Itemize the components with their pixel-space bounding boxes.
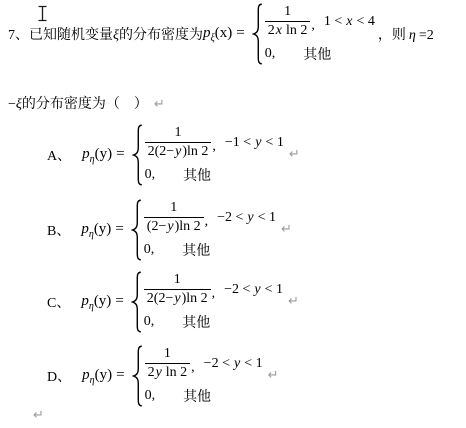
- question-text: 的分布密度为（ ）: [22, 97, 148, 112]
- problem-tail: ，则η=2: [378, 24, 434, 44]
- fraction: 1 2(2−y)ln 2: [144, 272, 211, 308]
- comma: ,: [191, 360, 195, 376]
- option-b: B、 pη(y)= 1 (2−y)ln 2 , −2 <y< 1 ↵ 0,其他: [47, 199, 292, 261]
- zero-value: 0,: [145, 167, 156, 183]
- left-brace-icon: [132, 124, 143, 186]
- problem-statement: 7、已知随机变量ξ的分布密度为 pξ(x)= 1 2xln 2 , 1 <x< …: [8, 3, 434, 65]
- question-line: −ξ的分布密度为（ ）↵: [8, 93, 165, 113]
- equals-sign: =: [116, 146, 124, 162]
- zero-value: 0,: [265, 46, 276, 62]
- option-a: A、 pη(y)= 1 2(2−y)ln 2 , −1 <y< 1 ↵ 0,其他: [47, 124, 300, 186]
- case-row-1: 1 2yln 2 , −2 <y< 1 ↵: [145, 346, 279, 382]
- case-row-2: 0,其他: [144, 312, 299, 332]
- case-row-2: 0,其他: [144, 240, 292, 260]
- problem-text-2: 的分布密度为: [119, 28, 203, 43]
- condition: −2 <y< 1: [204, 356, 263, 372]
- paragraph-mark-icon: ↵: [268, 368, 279, 383]
- denominator: 2(2−y)ln 2: [144, 289, 211, 308]
- function-argument: (x): [215, 25, 233, 41]
- numerator: 1: [162, 346, 173, 363]
- option-d-lhs: pη(y)=: [82, 367, 128, 386]
- equals-sign: =: [236, 25, 244, 41]
- p-symbol: p: [203, 25, 211, 41]
- option-b-lhs: pη(y)=: [81, 221, 127, 240]
- condition: −2 <y< 1: [217, 210, 276, 226]
- otherwise-label: 其他: [182, 312, 210, 332]
- zero-value: 0,: [144, 242, 155, 258]
- left-brace-icon: [131, 199, 142, 261]
- denominator: 2yln 2: [145, 363, 191, 382]
- problem-lead-text: 7、已知随机变量ξ的分布密度为: [8, 24, 203, 44]
- case-row-2: 0,其他: [145, 165, 300, 185]
- condition: 1 <x< 4: [324, 14, 375, 30]
- paragraph-mark-icon: ↵: [33, 408, 44, 423]
- denominator: 2xln 2: [265, 21, 311, 40]
- minus-sign: −: [8, 97, 16, 112]
- piecewise-cases: 1 2(2−y)ln 2 , −1 <y< 1 ↵ 0,其他: [145, 125, 300, 185]
- case-row-1: 1 (2−y)ln 2 , −2 <y< 1 ↵: [144, 200, 292, 236]
- problem-text-1: 已知随机变量: [29, 28, 113, 43]
- comma: ,: [205, 214, 209, 230]
- fraction: 1 (2−y)ln 2: [144, 200, 204, 236]
- denominator: 2(2−y)ln 2: [145, 142, 212, 161]
- numerator: 1: [172, 125, 183, 142]
- otherwise-label: 其他: [183, 386, 211, 406]
- piecewise-cases: 1 2yln 2 , −2 <y< 1 ↵ 0,其他: [145, 346, 279, 406]
- left-brace-icon: [252, 3, 263, 65]
- option-b-label: B、: [47, 220, 70, 240]
- option-d-label: D、: [47, 366, 71, 386]
- left-brace-icon: [131, 271, 142, 333]
- case-row-1: 1 2(2−y)ln 2 , −2 <y< 1 ↵: [144, 272, 299, 308]
- numerator: 1: [168, 200, 179, 217]
- option-a-label: A、: [47, 145, 71, 165]
- case-row-1: 1 2(2−y)ln 2 , −1 <y< 1 ↵: [145, 125, 300, 161]
- paragraph-mark-icon: ↵: [154, 97, 165, 112]
- option-a-lhs: pη(y)=: [82, 146, 128, 165]
- otherwise-label: 其他: [183, 165, 211, 185]
- piecewise-cases: 1 2xln 2 , 1 <x< 4 0,其他: [265, 4, 375, 64]
- numerator: 1: [282, 4, 293, 21]
- zero-value: 0,: [145, 388, 156, 404]
- comma: ,: [311, 18, 315, 34]
- paragraph-mark-icon: ↵: [289, 147, 300, 162]
- option-c-lhs: pη(y)=: [81, 293, 127, 312]
- denominator: (2−y)ln 2: [144, 217, 204, 236]
- paragraph-mark-icon: ↵: [281, 222, 292, 237]
- comma: ,: [212, 286, 216, 302]
- option-c-label: C、: [47, 292, 70, 312]
- otherwise-label: 其他: [182, 240, 210, 260]
- equals-sign: =: [115, 293, 123, 309]
- piecewise-cases: 1 2(2−y)ln 2 , −2 <y< 1 ↵ 0,其他: [144, 272, 299, 332]
- document-page[interactable]: 7、已知随机变量ξ的分布密度为 pξ(x)= 1 2xln 2 , 1 <x< …: [0, 0, 466, 428]
- fraction: 1 2xln 2: [265, 4, 311, 40]
- numerator: 1: [172, 272, 183, 289]
- left-brace-icon: [132, 345, 143, 407]
- fraction: 1 2(2−y)ln 2: [145, 125, 212, 161]
- case-row-2: 0,其他: [265, 44, 375, 64]
- condition: −1 <y< 1: [225, 135, 284, 151]
- option-d: D、 pη(y)= 1 2yln 2 , −2 <y< 1 ↵ 0,其他: [47, 345, 279, 407]
- equals-sign: =: [115, 221, 123, 237]
- condition: −2 <y< 1: [224, 282, 283, 298]
- otherwise-label: 其他: [303, 44, 331, 64]
- eta-variable: η: [409, 28, 416, 43]
- problem-number: 7、: [8, 28, 29, 43]
- fraction: 1 2yln 2: [145, 346, 191, 382]
- option-c: C、 pη(y)= 1 2(2−y)ln 2 , −2 <y< 1 ↵ 0,其他: [47, 271, 299, 333]
- equals-sign: =: [116, 367, 124, 383]
- case-row-1: 1 2xln 2 , 1 <x< 4: [265, 4, 375, 40]
- density-function-lhs: pξ(x)=: [203, 25, 249, 44]
- case-row-2: 0,其他: [145, 386, 279, 406]
- paragraph-mark-icon: ↵: [288, 294, 299, 309]
- comma: ,: [212, 139, 216, 155]
- piecewise-cases: 1 (2−y)ln 2 , −2 <y< 1 ↵ 0,其他: [144, 200, 292, 260]
- zero-value: 0,: [144, 314, 155, 330]
